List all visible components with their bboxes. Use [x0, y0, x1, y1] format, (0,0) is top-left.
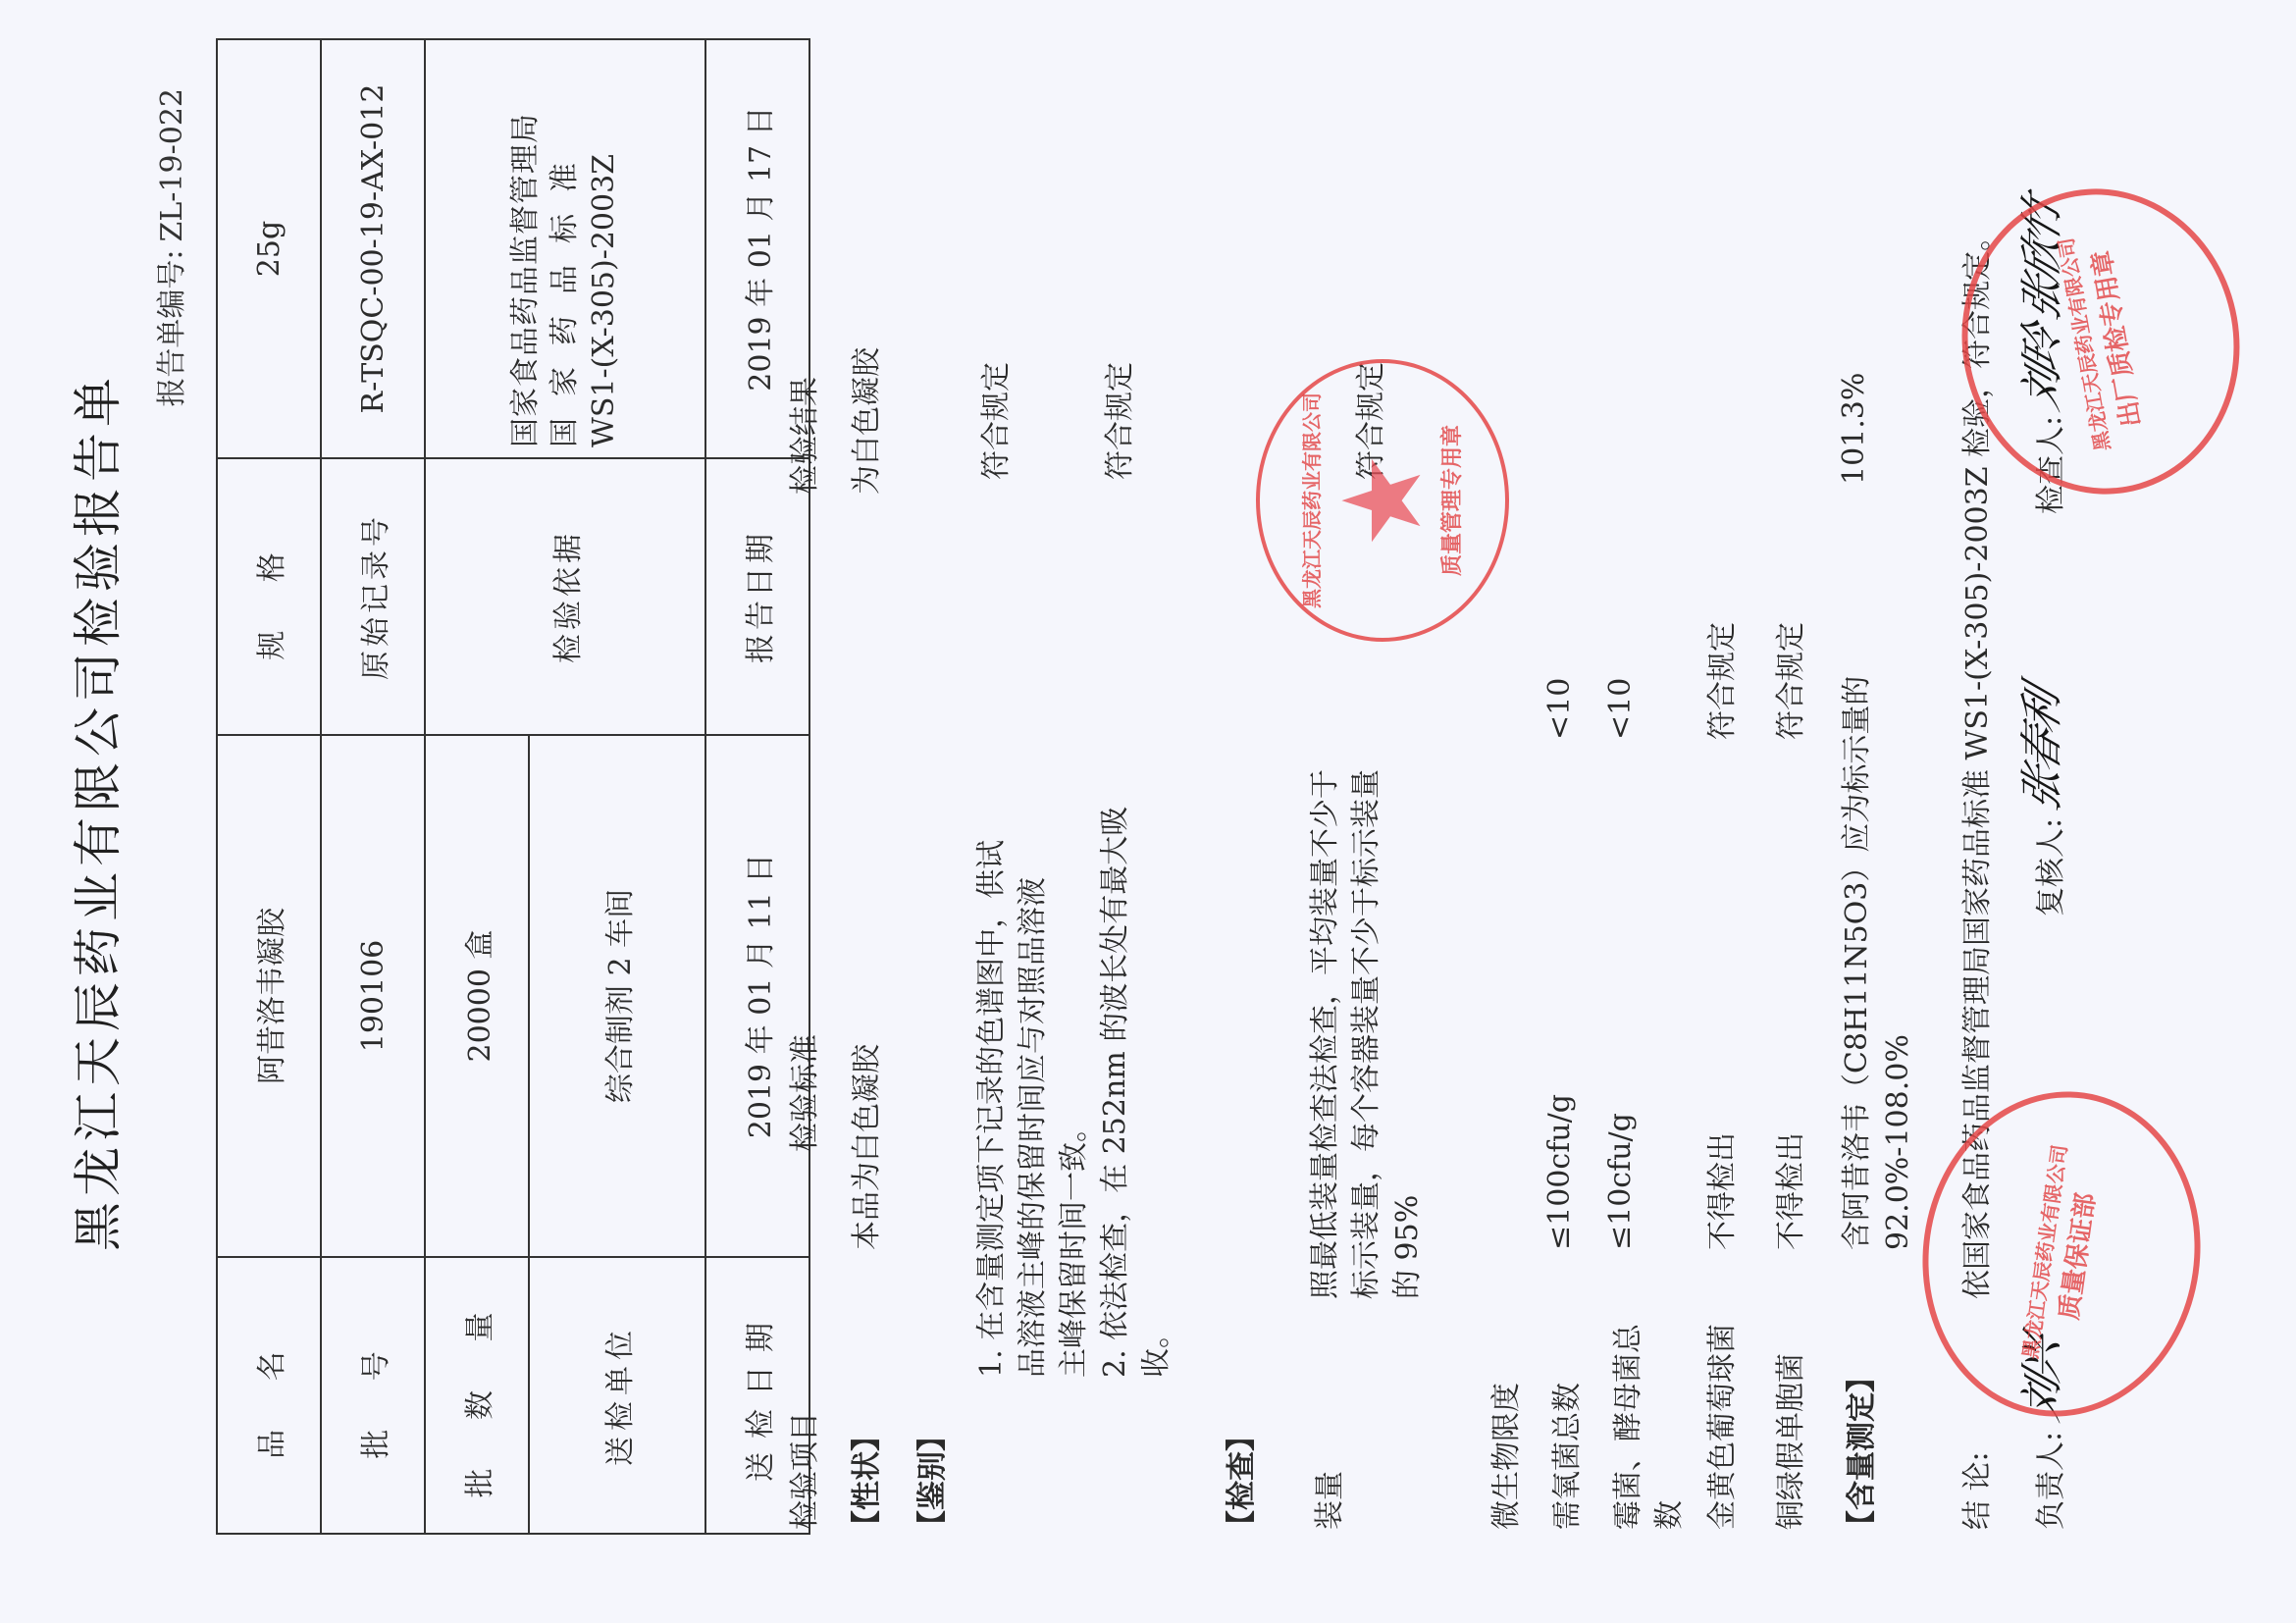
quality-assurance-stamp: 黑龙江天辰药业有限公司 质量保证部 — [1902, 1073, 2220, 1435]
microbial-result-staph: 符合规定 — [1697, 622, 1741, 740]
microbial-item-staph: 金黄色葡萄球菌 — [1697, 1324, 1741, 1530]
inspection-heading: 【检查】 — [1217, 1422, 1260, 1540]
conclusion-label: 结 论: — [1953, 1451, 1996, 1530]
reviewer-signature: 张春利 — [2007, 681, 2069, 819]
inspection-report-sheet: 黑龙江天辰药业有限公司检验报告单 报告单编号:ZL-19-022 品 名 阿昔洛… — [0, 0, 2296, 1623]
appearance-standard: 本品为白色凝胶 — [842, 1044, 885, 1250]
assay-result: 101.3% — [1837, 373, 1871, 485]
table-row: 批 数 量 20000 盒 检验依据 国家食品药品监督管理局 国家药品标准 WS… — [425, 39, 529, 1534]
microbial-result-pseudomonas: 符合规定 — [1766, 622, 1809, 740]
reviewer-label: 复核人: — [2026, 818, 2069, 916]
basis-line-3: WS1-(X-305)-2003Z — [585, 50, 624, 447]
product-info-table: 品 名 阿昔洛韦凝胶 规 格 25g 批 号 190106 原始记录号 R-TS… — [216, 38, 810, 1535]
batch-no-value: 190106 — [321, 735, 425, 1257]
responsible-label: 负责人: — [2026, 1432, 2069, 1530]
star-icon: ★ — [1329, 393, 1436, 608]
table-row: 批 号 190106 原始记录号 R-TSQC-00-19-AX-012 — [321, 39, 425, 1534]
table-row: 送检日期 2019 年 01 月 11 日 报告日期 2019 年 01 月 1… — [705, 39, 809, 1534]
scanned-page: 黑龙江天辰药业有限公司检验报告单 报告单编号:ZL-19-022 品 名 阿昔洛… — [0, 0, 2296, 1623]
fill-standard-line-1: 照最低装量检查法检查，平均装量不少于 — [1305, 769, 1346, 1299]
submit-unit-label: 送检单位 — [529, 1257, 705, 1534]
microbial-result-aerobic: <10 — [1542, 678, 1577, 740]
appearance-heading: 【性状】 — [842, 1422, 885, 1540]
microbial-item-mold: 霉菌、酵母菌总 — [1603, 1324, 1646, 1530]
report-number-value: ZL-19-022 — [155, 88, 189, 241]
identification-item-2-result: 符合规定 — [1095, 362, 1138, 480]
assay-standard-line-2: 92.0%-108.0% — [1878, 676, 1919, 1250]
identification-item-2: 2. 依法检查，在 252nm 的波长处有最大吸 收。 — [1095, 807, 1177, 1378]
identification-item-1-line-1: 1. 在含量测定项下记录的色谱图中，供试 — [971, 840, 1013, 1378]
identification-heading: 【鉴别】 — [908, 1422, 951, 1540]
batch-qty-value: 20000 盒 — [425, 735, 529, 1257]
microbial-item-pseudomonas: 铜绿假单胞菌 — [1766, 1353, 1809, 1530]
fill-standard-line-3: 的 95% — [1387, 769, 1429, 1299]
submit-unit-value: 综合制剂 2 车间 — [529, 735, 705, 1257]
appearance-result: 为白色凝胶 — [842, 347, 885, 495]
identification-item-2-line-1: 2. 依法检查，在 252nm 的波长处有最大吸 — [1095, 807, 1136, 1378]
microbial-standard-pseudomonas: 不得检出 — [1766, 1132, 1809, 1250]
fill-standard: 照最低装量检查法检查，平均装量不少于 标示装量，每个容器装量不少于标示装量 的 … — [1305, 769, 1429, 1299]
spec-value: 25g — [217, 39, 321, 458]
report-title: 黑龙江天辰药业有限公司检验报告单 — [59, 0, 130, 1623]
batch-no-label: 批 号 — [321, 1257, 425, 1534]
basis-label: 检验依据 — [425, 458, 705, 735]
microbial-item-aerobic: 需氧菌总数 — [1542, 1383, 1586, 1530]
assay-standard-line-1: 含阿昔洛韦（C8H11N5O3）应为标示量的 — [1837, 676, 1878, 1250]
submit-date-value: 2019 年 01 月 11 日 — [705, 735, 809, 1257]
report-number-label: 报告单编号: — [155, 249, 189, 406]
microbial-result-mold: <10 — [1603, 678, 1638, 740]
product-name-label: 品 名 — [217, 1257, 321, 1534]
record-no-value: R-TSQC-00-19-AX-012 — [321, 39, 425, 458]
basis-line-1: 国家食品药品监督管理局 — [506, 50, 546, 447]
microbial-standard-staph: 不得检出 — [1697, 1132, 1741, 1250]
identification-item-2-line-2: 收。 — [1136, 807, 1177, 1378]
basis-value: 国家食品药品监督管理局 国家药品标准 WS1-(X-305)-2003Z — [425, 39, 705, 458]
microbial-standard-aerobic: ≤100cfu/g — [1542, 1094, 1577, 1250]
stamp-department-text: 质量管理专用章 — [1436, 393, 1470, 608]
report-number: 报告单编号:ZL-19-022 — [147, 88, 190, 415]
spec-label: 规 格 — [217, 458, 321, 735]
identification-item-1-result: 符合规定 — [971, 362, 1015, 480]
column-item-header: 检验项目 — [780, 1412, 823, 1530]
quality-management-stamp: 黑龙江天辰药业有限公司 ★ 质量管理专用章 — [1256, 359, 1509, 642]
table-row: 品 名 阿昔洛韦凝胶 规 格 25g — [217, 39, 321, 1534]
report-date-label: 报告日期 — [705, 458, 809, 735]
fill-label: 装量 — [1305, 1471, 1348, 1530]
batch-qty-label: 批 数 量 — [425, 1257, 529, 1534]
assay-standard: 含阿昔洛韦（C8H11N5O3）应为标示量的 92.0%-108.0% — [1837, 676, 1919, 1250]
microbial-item-mold-line-2: 数 — [1644, 1500, 1688, 1530]
basis-line-2: 国家药品标准 — [546, 50, 585, 447]
identification-item-1-line-3: 主峰保留时间一致。 — [1054, 840, 1095, 1378]
microbial-standard-mold: ≤10cfu/g — [1603, 1113, 1638, 1250]
record-no-label: 原始记录号 — [321, 458, 425, 735]
column-result-header: 检验结果 — [780, 377, 823, 495]
identification-item-1-line-2: 品溶液主峰的保留时间应与对照品溶液 — [1013, 840, 1054, 1378]
identification-item-1: 1. 在含量测定项下记录的色谱图中，供试 品溶液主峰的保留时间应与对照品溶液 主… — [971, 840, 1095, 1378]
fill-standard-line-2: 标示装量，每个容器装量不少于标示装量 — [1346, 769, 1387, 1299]
assay-heading: 【含量测定】 — [1837, 1363, 1880, 1540]
column-standard-header: 检验标准 — [780, 1034, 823, 1152]
product-name-value: 阿昔洛韦凝胶 — [217, 735, 321, 1257]
microbial-heading: 微生物限度 — [1482, 1383, 1525, 1530]
